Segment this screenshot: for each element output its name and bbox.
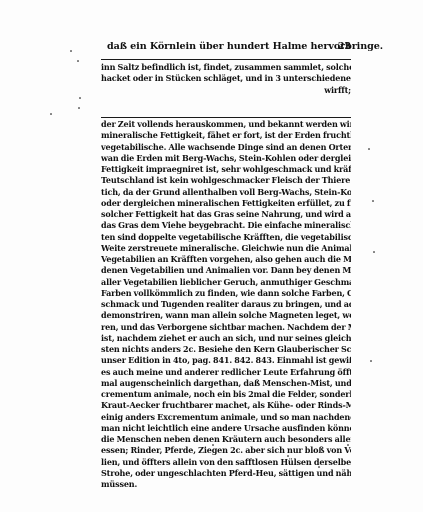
text-line: Teutschland ist kein wohlgeschmacker Fle… [101,175,351,186]
text-line: lien, und öffters allein von den safftlo… [101,457,351,468]
text-line: mal augenscheinlich dargethan, daß Mensc… [101,378,351,389]
text-line: schmack und Tugenden realiter daraus zu … [101,299,351,310]
scan-speck [318,466,320,468]
text-line: Kraut-Aecker fruchtbarer machet, als Küh… [101,400,351,411]
text-line: sten nichts anders 2c. Besiehe den Kern … [101,344,351,355]
text-line: ten sind doppelte vegetabilische Kräffte… [101,232,351,243]
text-line: solcher Fettigkeit hat das Gras seine Na… [101,209,351,220]
text-line: demonstriren, wann man allein solche Mag… [101,310,351,321]
scan-speck [370,360,372,362]
scan-speck [50,113,52,115]
scan-speck [372,200,374,202]
scan-speck [77,60,79,62]
text-line: man nicht leichtlich eine andere Ursache… [101,423,351,434]
text-line: Farben vollkömmlich zu finden, wie dann … [101,288,351,299]
scan-speck [347,444,349,446]
top-passage: inn Saltz befindlich ist, findet, zusamm… [101,62,351,96]
text-line: Weite zerstreuete mineralische. Gleichwi… [101,243,351,254]
text-line: müssen. [101,479,351,490]
text-line: das Gras dem Viehe beygebracht. Die einf… [101,220,351,231]
text-line: ist, nachdem ziehet er auch an sich, und… [101,333,351,344]
page-header: daß ein Körnlein über hundert Halme herv… [101,40,351,54]
text-line: mineralische Fettigkeit, fähet er fort, … [101,130,351,141]
text-line: Fettigkeit impraegniret ist, sehr wohlge… [101,164,351,175]
scan-speck [368,148,370,150]
scan-speck [212,444,214,446]
text-line: einig anders Excrementum animale, und so… [101,412,351,423]
text-line: ren, und das Verborgene sichtbar machen.… [101,322,351,333]
text-line: Strohe, oder ungeschlachten Pferd-Heu, s… [101,468,351,479]
text-line: wirfft; [101,85,351,96]
text-line: tich, da der Grund allenthalben voll Ber… [101,187,351,198]
text-line: unser Edition in 4to, pag. 841. 842. 843… [101,355,351,366]
text-line: es auch meine und anderer redlicher Leut… [101,367,351,378]
text-line: der Zeit vollends herauskommen, und beka… [101,119,351,130]
text-line: Vegetabilien an Kräfften vorgehen, also … [101,254,351,265]
text-line: denen Vegetabilien und Animalien vor. Da… [101,265,351,276]
text-line: inn Saltz befindlich ist, findet, zusamm… [101,62,351,73]
header-rule [101,59,351,60]
text-line: hacket oder in Stücken schläget, und in … [101,73,351,84]
text-line: essen; Rinder, Pferde, Ziegen 2c. aber s… [101,445,351,456]
text-line: aller Vegetabilien lieblicher Geruch, an… [101,277,351,288]
scan-speck [70,50,72,52]
text-line: wan die Erden mit Berg-Wachs, Stein-Kohl… [101,153,351,164]
scan-speck [78,107,80,109]
text-line: die Menschen neben denen Kräutern auch b… [101,434,351,445]
scan-speck [287,455,289,457]
text-line: oder dergleichen mineralischen Fettigkei… [101,198,351,209]
text-line: crementum animale, noch ein bis 2mal die… [101,389,351,400]
book-page: daß ein Körnlein über hundert Halme herv… [0,0,423,512]
page-number: 23 [338,41,351,52]
scan-speck [373,251,375,253]
text-line: vegetabilische. Alle wachsende Dinge sin… [101,142,351,153]
scan-speck [79,97,81,99]
main-passage: der Zeit vollends herauskommen, und beka… [101,119,351,490]
